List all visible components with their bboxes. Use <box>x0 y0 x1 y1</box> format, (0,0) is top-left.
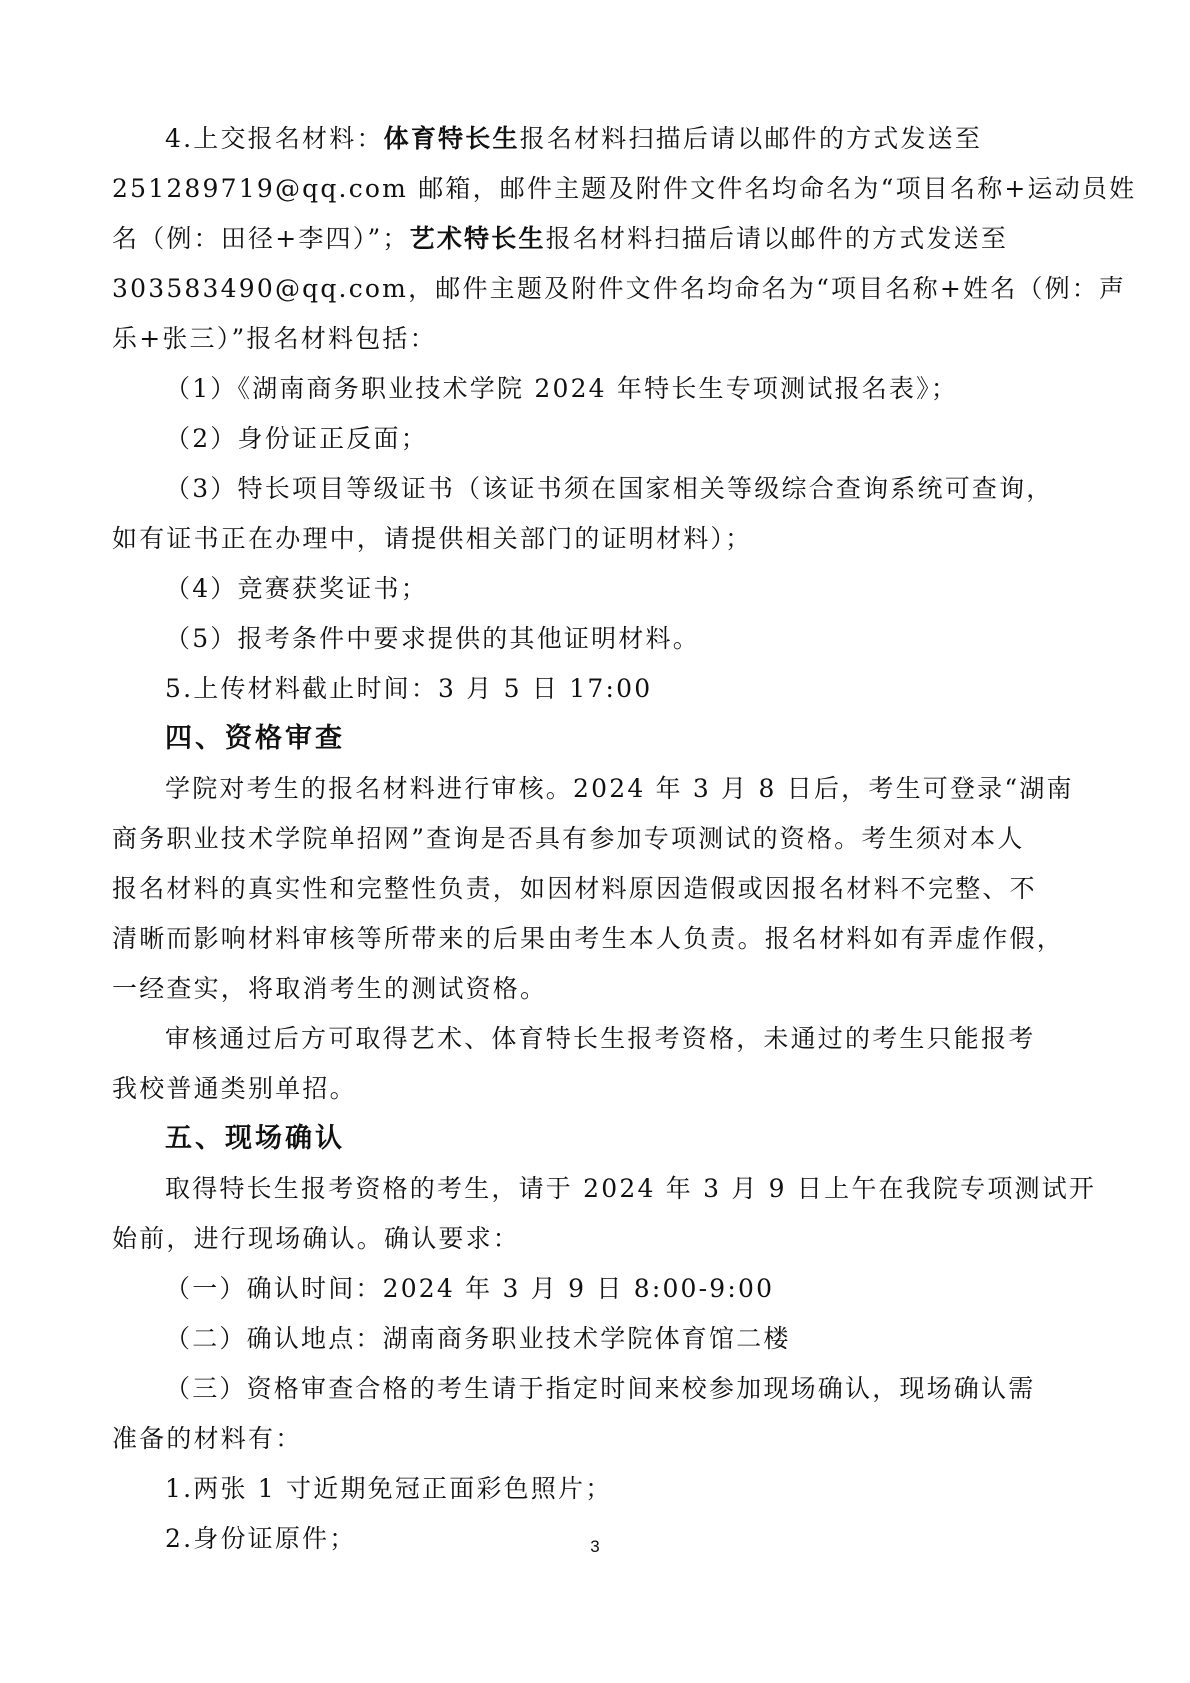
text-line: 5.上传材料截止时间：3 月 5 日 17:00 <box>165 665 1125 713</box>
text-run: 一经查实，将取消考生的测试资格。 <box>112 974 547 1003</box>
text-line: 学院对考生的报名材料进行审核。2024 年 3 月 8 日后，考生可登录“湖南 <box>165 765 1125 813</box>
section-heading: 四、资格审查 <box>165 715 1125 763</box>
text-line: 名（例：田径+李四）”；艺术特长生报名材料扫描后请以邮件的方式发送至 <box>112 215 1072 263</box>
text-line: 303583490@qq.com，邮件主题及附件文件名均命名为“项目名称+姓名（… <box>112 265 1072 313</box>
text-run: （5）报考条件中要求提供的其他证明材料。 <box>165 624 700 653</box>
text-line: 准备的材料有： <box>112 1415 1072 1463</box>
text-line: 4.上交报名材料：体育特长生报名材料扫描后请以邮件的方式发送至 <box>165 115 1125 163</box>
text-run: 我校普通类别单招。 <box>112 1074 357 1103</box>
text-line: 审核通过后方可取得艺术、体育特长生报考资格，未通过的考生只能报考 <box>165 1015 1125 1063</box>
text-run: 报名材料扫描后请以邮件的方式发送至 <box>546 224 1008 253</box>
text-line: （三）资格审查合格的考生请于指定时间来校参加现场确认，现场确认需 <box>165 1365 1125 1413</box>
text-line: （一）确认时间：2024 年 3 月 9 日 8:00-9:00 <box>165 1265 1125 1313</box>
text-line: 始前，进行现场确认。确认要求： <box>112 1215 1072 1263</box>
section-heading: 五、现场确认 <box>165 1115 1125 1163</box>
text-line: 1.两张 1 寸近期免冠正面彩色照片； <box>165 1465 1125 1513</box>
text-run: 4.上交报名材料： <box>165 124 384 153</box>
text-run: 审核通过后方可取得艺术、体育特长生报考资格，未通过的考生只能报考 <box>165 1024 1035 1053</box>
text-run: （4）竞赛获奖证书； <box>165 574 428 603</box>
text-run: 251289719@qq.com 邮箱，邮件主题及附件文件名均命名为“项目名称+… <box>112 174 1136 203</box>
text-line: 251289719@qq.com 邮箱，邮件主题及附件文件名均命名为“项目名称+… <box>112 165 1072 213</box>
text-run: 如有证书正在办理中，请提供相关部门的证明材料）； <box>112 524 752 553</box>
text-line: 如有证书正在办理中，请提供相关部门的证明材料）； <box>112 515 1072 563</box>
text-line: 乐+张三）”报名材料包括： <box>112 315 1072 363</box>
text-line: （5）报考条件中要求提供的其他证明材料。 <box>165 615 1125 663</box>
page-number: 3 <box>0 1537 1190 1557</box>
text-run: （二）确认地点：湖南商务职业技术学院体育馆二楼 <box>165 1324 791 1353</box>
text-run: 报名材料的真实性和完整性负责，如因材料原因造假或因报名材料不完整、不 <box>112 874 1037 903</box>
text-run: 5.上传材料截止时间：3 月 5 日 17:00 <box>165 674 652 703</box>
document-page: 4.上交报名材料：体育特长生报名材料扫描后请以邮件的方式发送至251289719… <box>0 0 1190 1683</box>
text-run: 商务职业技术学院单招网”查询是否具有参加专项测试的资格。考生须对本人 <box>112 824 1025 853</box>
text-run: （三）资格审查合格的考生请于指定时间来校参加现场确认，现场确认需 <box>165 1374 1035 1403</box>
text-run: 取得特长生报考资格的考生，请于 2024 年 3 月 9 日上午在我院专项测试开 <box>165 1174 1096 1203</box>
text-run: （1）《湖南商务职业技术学院 2024 年特长生专项测试报名表》； <box>165 374 958 403</box>
text-line: （4）竞赛获奖证书； <box>165 565 1125 613</box>
text-line: 清晰而影响材料审核等所带来的后果由考生本人负责。报名材料如有弄虚作假， <box>112 915 1072 963</box>
text-run: （3）特长项目等级证书（该证书须在国家相关等级综合查询系统可查询， <box>165 474 1054 503</box>
text-run: 乐+张三）”报名材料包括： <box>112 324 437 353</box>
text-line: 报名材料的真实性和完整性负责，如因材料原因造假或因报名材料不完整、不 <box>112 865 1072 913</box>
text-line: （3）特长项目等级证书（该证书须在国家相关等级综合查询系统可查询， <box>165 465 1125 513</box>
text-run: 五、现场确认 <box>165 1123 345 1154</box>
text-line: （二）确认地点：湖南商务职业技术学院体育馆二楼 <box>165 1315 1125 1363</box>
text-run: 学院对考生的报名材料进行审核。2024 年 3 月 8 日后，考生可登录“湖南 <box>165 774 1074 803</box>
text-run: 清晰而影响材料审核等所带来的后果由考生本人负责。报名材料如有弄虚作假， <box>112 924 1064 953</box>
text-run: 始前，进行现场确认。确认要求： <box>112 1224 520 1253</box>
text-line: 一经查实，将取消考生的测试资格。 <box>112 965 1072 1013</box>
text-run: （一）确认时间：2024 年 3 月 9 日 8:00-9:00 <box>165 1274 774 1303</box>
text-line: （1）《湖南商务职业技术学院 2024 年特长生专项测试报名表》； <box>165 365 1125 413</box>
text-line: （2）身份证正反面； <box>165 415 1125 463</box>
text-run: 准备的材料有： <box>112 1424 302 1453</box>
text-run: 报名材料扫描后请以邮件的方式发送至 <box>520 124 982 153</box>
text-line: 我校普通类别单招。 <box>112 1065 1072 1113</box>
text-line: 取得特长生报考资格的考生，请于 2024 年 3 月 9 日上午在我院专项测试开 <box>165 1165 1125 1213</box>
text-run: 名（例：田径+李四）”； <box>112 224 410 253</box>
bold-term: 体育特长生 <box>384 124 520 153</box>
text-run: 1.两张 1 寸近期免冠正面彩色照片； <box>165 1474 612 1503</box>
text-run: 四、资格审查 <box>165 723 345 754</box>
text-run: （2）身份证正反面； <box>165 424 428 453</box>
text-line: 商务职业技术学院单招网”查询是否具有参加专项测试的资格。考生须对本人 <box>112 815 1072 863</box>
bold-term: 艺术特长生 <box>410 224 546 253</box>
text-run: 303583490@qq.com，邮件主题及附件文件名均命名为“项目名称+姓名（… <box>112 274 1126 303</box>
